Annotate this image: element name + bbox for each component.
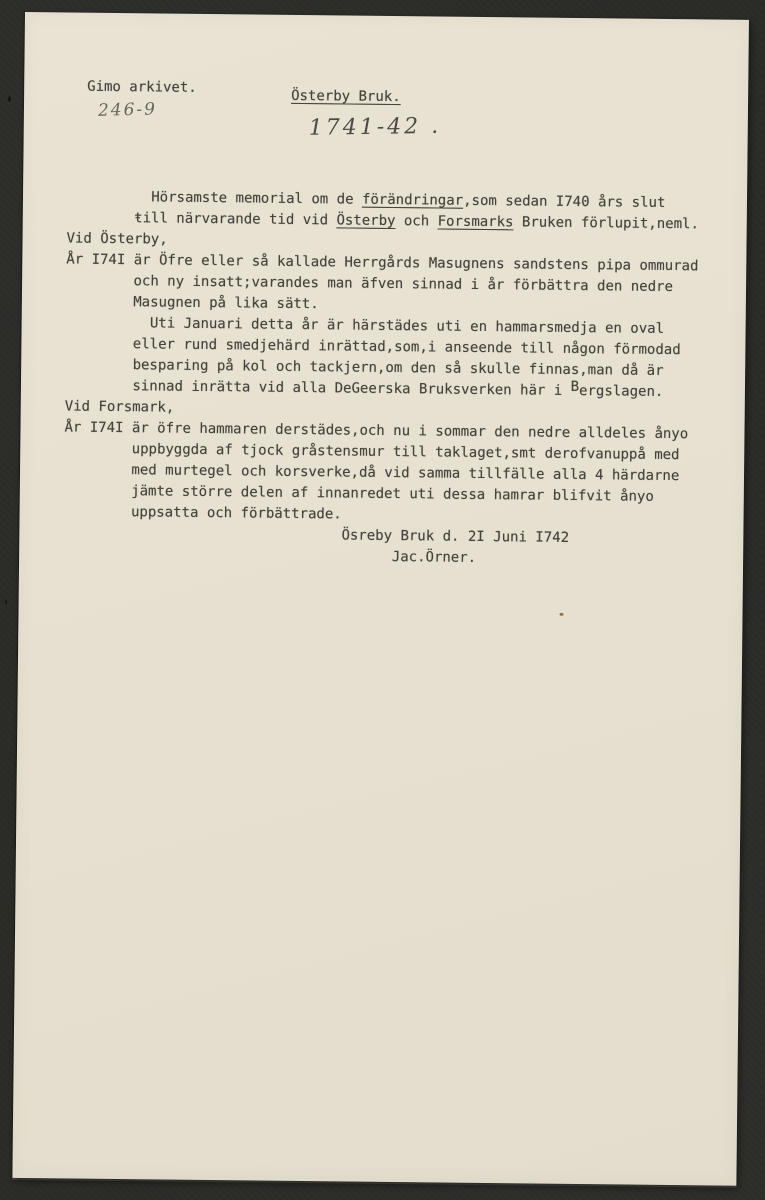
raised-character: B	[571, 379, 580, 395]
text-segment: med murtegel och korsverke,då vid samma …	[131, 462, 679, 484]
document-page: Gimo arkivet. 246-9 Österby Bruk. 1741-4…	[12, 12, 749, 1186]
text-segment: uppsatta och förbättrade.	[131, 504, 342, 522]
text-segment: besparing på kol och tackjern,om den så …	[133, 357, 664, 379]
document-years-handwritten: 1741-42 .	[309, 114, 442, 141]
mat-speck	[5, 600, 7, 604]
text-segment: ,som sedan I740 års slut	[463, 193, 665, 211]
text-segment: Vid Forsmark,	[65, 398, 175, 415]
paper-stain-speck	[559, 613, 563, 616]
underlined-text: Österby	[336, 212, 395, 229]
text-segment: och ny insatt;varandes man äfven sinnad …	[133, 273, 673, 295]
document-body: Hörsamste memorial om de förändringar,so…	[63, 186, 727, 571]
text-segment: Bruken förlupit,neml.	[513, 214, 699, 232]
text-segment: uppbyggda af tjock gråstensmur till takl…	[132, 441, 680, 463]
text-segment: eller rund smedjehärd inrättad,som,i ans…	[133, 336, 681, 358]
text-segment: ŧill närvarande tid vid	[134, 210, 336, 228]
underlined-text: Forsmarks	[438, 213, 514, 230]
document-title: Österby Bruk.	[291, 88, 401, 105]
text-segment: Jac.Örner.	[392, 549, 476, 566]
text-segment: Vid Österby,	[66, 230, 167, 247]
text-segment: Hörsamste memorial om de	[151, 189, 362, 207]
archive-name-label: Gimo arkivet.	[87, 79, 197, 96]
text-segment: sinnad inrätta vid alla DeGeerska Bruksv…	[132, 378, 570, 399]
archive-reference-number-handwritten: 246-9	[98, 99, 157, 120]
text-segment: ergslagen.	[579, 383, 663, 400]
mat-speck	[8, 96, 11, 102]
text-segment: Ösreby Bruk d. 2I Juni I742	[341, 527, 569, 545]
text-segment: Masugnen på lika sätt.	[133, 294, 319, 312]
text-segment: jämte större delen af innanredet uti des…	[131, 483, 654, 505]
text-segment: Uti Januari detta år är härstädes uti en…	[150, 315, 664, 337]
text-segment: och	[395, 213, 437, 229]
underlined-text: förändringar	[362, 192, 463, 209]
